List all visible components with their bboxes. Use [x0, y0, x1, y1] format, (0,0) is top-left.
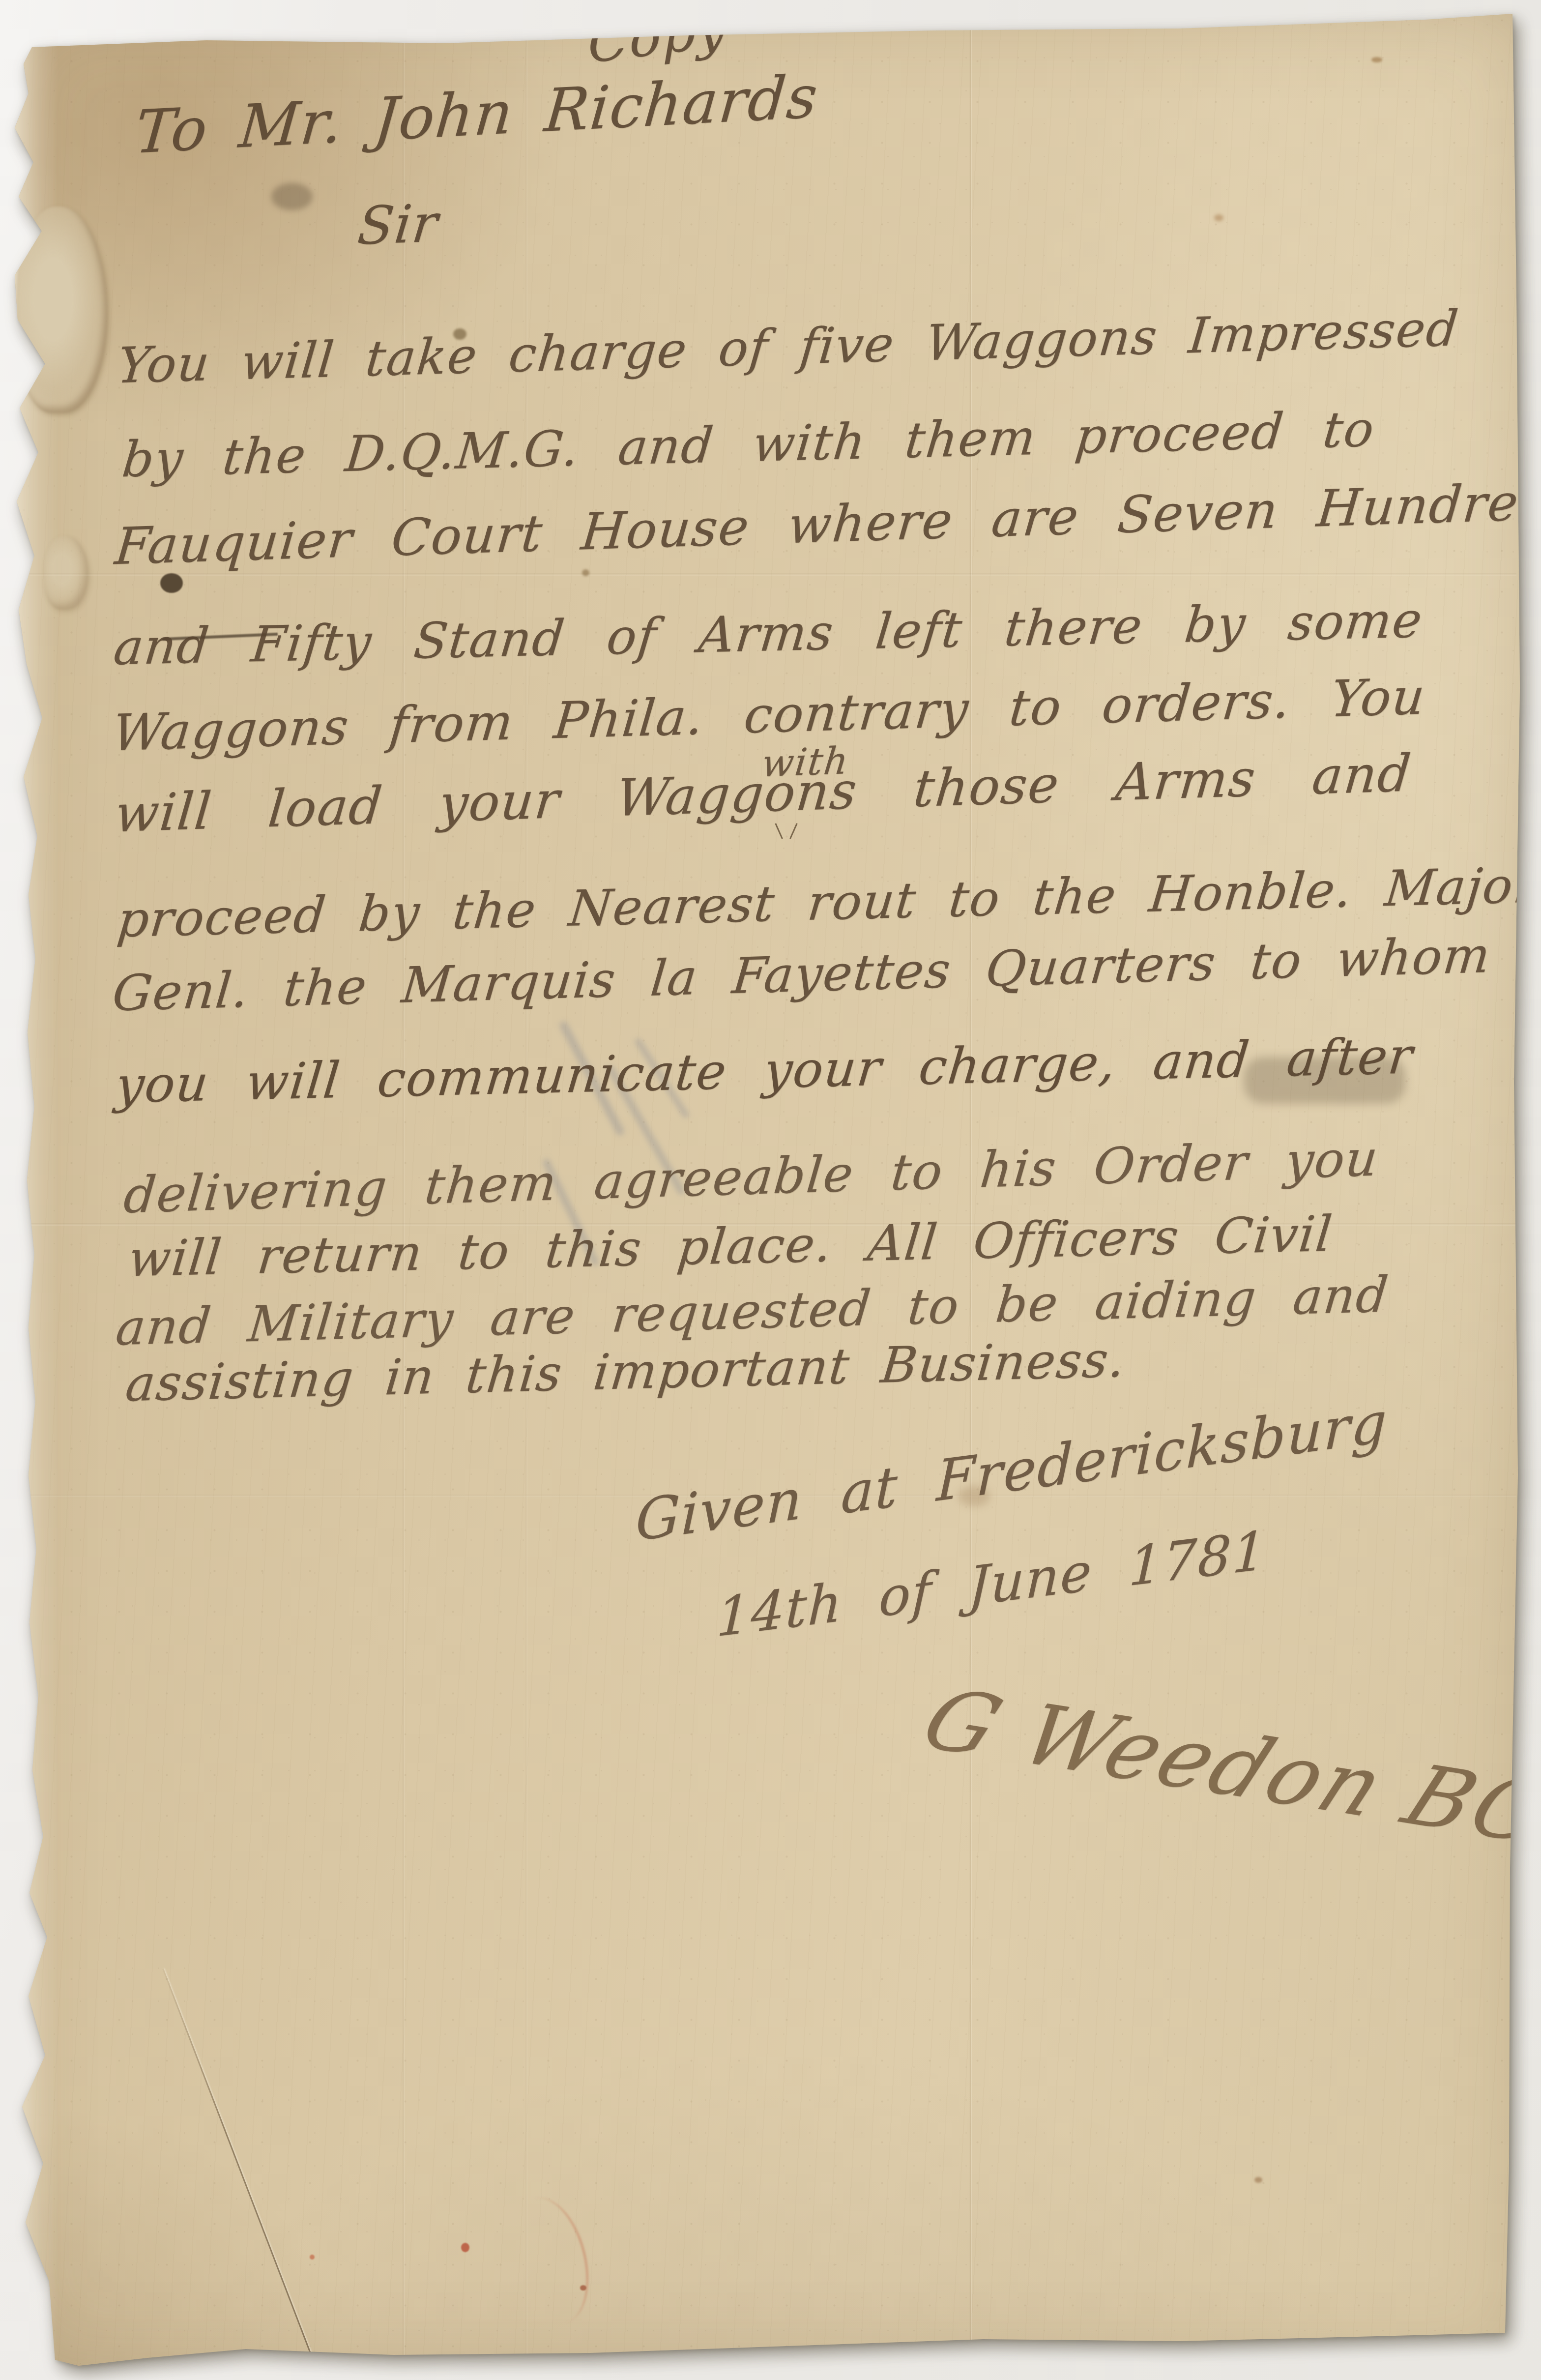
letter-sheet: Copy To Mr. John Richards Sir You will t…: [0, 0, 1541, 2380]
stain: [582, 569, 589, 576]
stain: [271, 183, 313, 210]
horizontal-fold-crease: [29, 573, 1516, 576]
stain: [1254, 2177, 1262, 2183]
red-wax-stain: [310, 2255, 315, 2260]
salutation: Sir: [355, 193, 441, 256]
stain: [1371, 57, 1382, 62]
red-wax-stain: [461, 2243, 469, 2252]
stain: [1214, 214, 1223, 221]
ink-blot: [160, 573, 183, 593]
inserted-word-above-line: with: [760, 738, 851, 786]
paper-shadow-wrapper: Copy To Mr. John Richards Sir You will t…: [0, 0, 1541, 2380]
scanned-letter-page: { "page": { "background_color": "#eae8e4…: [0, 0, 1541, 2380]
